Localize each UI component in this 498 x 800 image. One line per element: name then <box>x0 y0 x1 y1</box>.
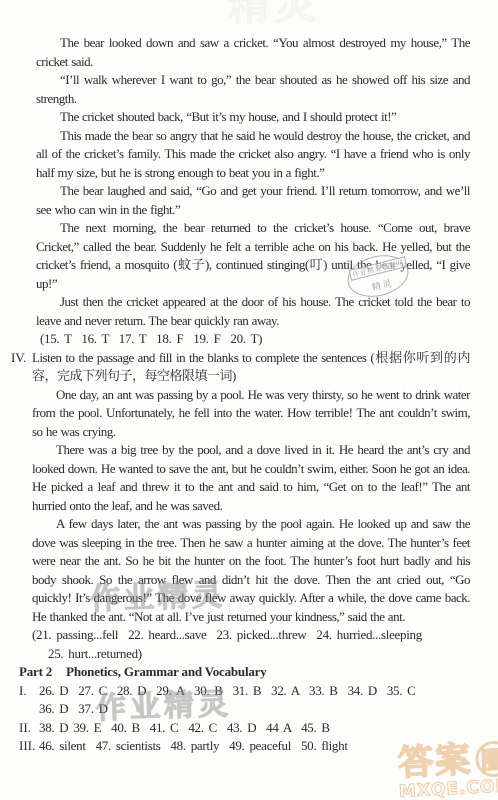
roman-marker-3: III. <box>19 737 39 756</box>
part2-label: Part 2 <box>19 664 52 679</box>
section-iv-body: Listen to the passage and fill in the bl… <box>32 349 470 664</box>
roman-marker-2: II. <box>19 719 39 738</box>
story-bear-cricket: The bear looked down and saw a cricket. … <box>36 34 470 349</box>
answer-row-2: II. 38. D 39. E 40. B 41. C 42. C 43. D … <box>19 719 470 738</box>
answer-key-15-20: (15. T 16. T 17. T 18. F 19. F 20. T) <box>36 330 470 349</box>
story-paragraph: One day, an ant was passing by a pool. H… <box>32 386 470 442</box>
answer-key-38-45: 38. D 39. E 40. B 41. C 42. C 43. D 44 A… <box>39 719 470 738</box>
site-watermark-circle-icon: 圈 <box>474 740 498 778</box>
answer-key-36-37: 36. D 37. D <box>39 700 470 719</box>
story-paragraph: There was a big tree by the pool, and a … <box>32 441 470 515</box>
faint-top-watermark: 精灵 <box>228 0 321 16</box>
answer-key-21-24: (21. passing...fell 22. heard...save 23.… <box>32 626 470 645</box>
answer-lines: 26. D 27. C 28. D 29. A 30. B 31. B 32. … <box>39 682 470 719</box>
story-paragraph: A few days later, the ant was passing by… <box>32 515 470 626</box>
section-iv: IV. Listen to the passage and fill in th… <box>11 349 470 664</box>
section-iv-marker: IV. <box>11 349 32 664</box>
story-paragraph: The next morning, the bear returned to t… <box>36 219 470 293</box>
part2-heading: Part 2Phonetics, Grammar and Vocabulary <box>19 663 470 682</box>
answer-key-25: 25. hurt...returned) <box>48 645 470 664</box>
page-content: The bear looked down and saw a cricket. … <box>19 34 470 756</box>
answer-lines: 38. D 39. E 40. B 41. C 42. C 43. D 44 A… <box>39 719 470 738</box>
answer-row-3: III. 46. silent 47. scientists 48. partl… <box>19 737 470 756</box>
section-iv-title: Listen to the passage and fill in the bl… <box>32 349 470 386</box>
answer-lines: 46. silent 47. scientists 48. partly 49.… <box>39 737 470 756</box>
roman-marker-1: I. <box>19 682 39 719</box>
answer-row-1: I. 26. D 27. C 28. D 29. A 30. B 31. B 3… <box>19 682 470 719</box>
story-paragraph: Just then the cricket appeared at the do… <box>36 293 470 330</box>
answer-key-26-35: 26. D 27. C 28. D 29. A 30. B 31. B 32. … <box>39 682 470 701</box>
site-watermark-domain: MXQE.COM <box>398 776 498 800</box>
story-paragraph: The bear laughed and said, “Go and get y… <box>36 182 470 219</box>
document-page: The bear looked down and saw a cricket. … <box>0 0 498 800</box>
story-paragraph: The bear looked down and saw a cricket. … <box>36 34 470 71</box>
answer-key-46-50: 46. silent 47. scientists 48. partly 49.… <box>39 737 470 756</box>
story-paragraph: “I’ll walk wherever I want to go,” the b… <box>36 71 470 108</box>
part2-title: Phonetics, Grammar and Vocabulary <box>66 664 266 679</box>
story-paragraph: The cricket shouted back, “But it’s my h… <box>36 108 470 127</box>
story-paragraph: This made the bear so angry that he said… <box>36 127 470 183</box>
